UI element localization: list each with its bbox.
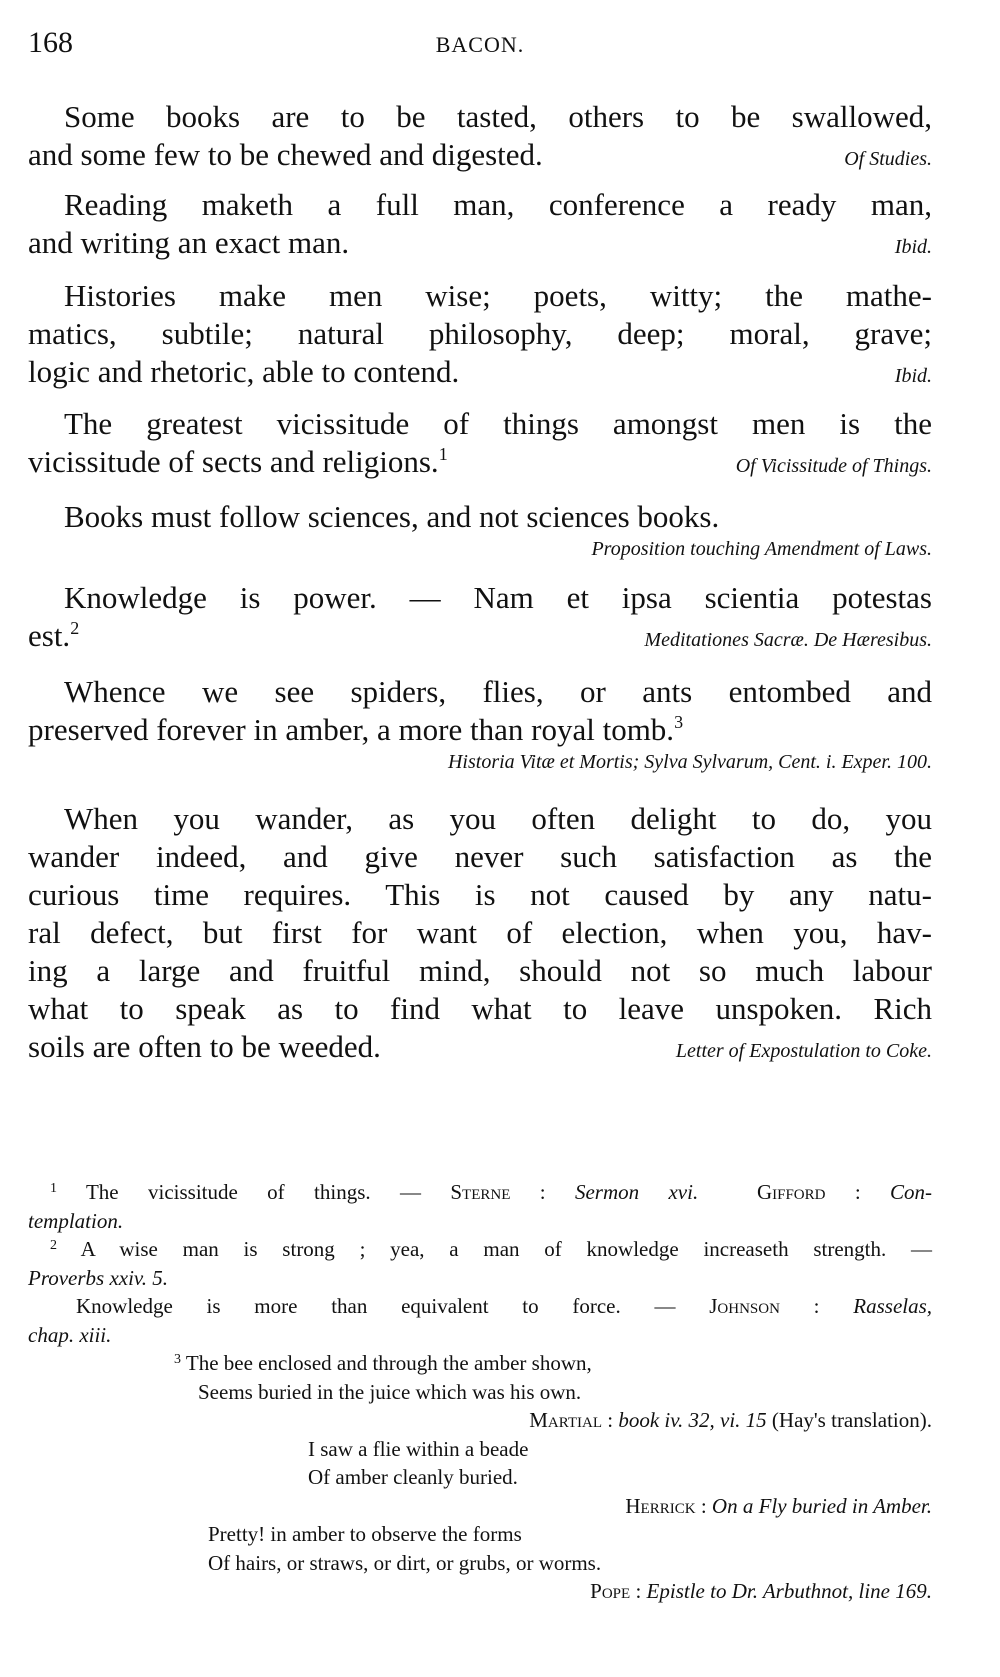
verse-line: Seems buried in the juice which was his … bbox=[28, 1378, 932, 1407]
author-name: Herrick bbox=[625, 1494, 695, 1518]
footnote-marker: 3 bbox=[174, 1352, 181, 1367]
work-title: Epistle to Dr. Arbuthnot, line 169. bbox=[647, 1579, 932, 1603]
quote-line: Books must follow sciences, and not scie… bbox=[28, 498, 932, 536]
citation: Of Studies. bbox=[844, 140, 932, 178]
verse-line: Of amber cleanly buried. bbox=[28, 1463, 932, 1492]
verse-attribution: Pope : Epistle to Dr. Arbuthnot, line 16… bbox=[28, 1577, 932, 1606]
quote-line: ing a large and fruitful mind, should no… bbox=[28, 952, 932, 990]
quote-line: matics, subtile; natural philosophy, dee… bbox=[28, 315, 932, 353]
quote-line-text: preserved forever in amber, a more than … bbox=[28, 712, 674, 747]
quote-line: what to speak as to find what to leave u… bbox=[28, 990, 932, 1028]
translation-note: (Hay's translation). bbox=[772, 1408, 932, 1432]
footnote-text: Knowledge is more than equivalent to for… bbox=[76, 1294, 676, 1318]
quote-line: vicissitude of sects and religions.1Of V… bbox=[28, 443, 932, 481]
quote-line-text: and writing an exact man. bbox=[28, 225, 349, 260]
citation: Ibid. bbox=[895, 228, 932, 266]
quote-vicissitude: The greatest vicissitude of things among… bbox=[28, 405, 932, 485]
work-title: book iv. 32, vi. 15 bbox=[618, 1408, 766, 1432]
citation: Historia Vitæ et Mortis; Sylva Sylvarum,… bbox=[28, 749, 932, 775]
citation: Of Vicissitude of Things. bbox=[736, 447, 932, 485]
quote-line: Knowledge is power. — Nam et ipsa scient… bbox=[28, 579, 932, 617]
author-name: Sterne bbox=[450, 1180, 510, 1204]
quote-line: and some few to be chewed and digested.O… bbox=[28, 136, 932, 174]
footnote-1-cont: templation. bbox=[28, 1207, 932, 1236]
work-title: Sermon xvi. bbox=[575, 1180, 698, 1204]
quote-line-text: vicissitude of sects and religions. bbox=[28, 444, 439, 479]
quote-line-text: est. bbox=[28, 618, 70, 653]
citation: Meditationes Sacræ. De Hæresibus. bbox=[644, 621, 932, 659]
verse-attribution: Herrick : On a Fly buried in Amber. bbox=[28, 1492, 932, 1521]
footnote-marker: 1 bbox=[50, 1181, 57, 1196]
footnotes: 1 The vicissitude of things. — Sterne : … bbox=[28, 1178, 932, 1606]
footnote-1: 1 The vicissitude of things. — Sterne : … bbox=[28, 1178, 932, 1207]
quote-reading: Reading maketh a full man, conference a … bbox=[28, 186, 932, 266]
footnote-2: 2 A wise man is strong ; yea, a man of k… bbox=[28, 1235, 932, 1264]
author-name: Johnson bbox=[709, 1294, 780, 1318]
footnote-ref[interactable]: 1 bbox=[439, 444, 448, 464]
quote-amber: Whence we see spiders, flies, or ants en… bbox=[28, 673, 932, 775]
quote-line: Some books are to be tasted, others to b… bbox=[28, 98, 932, 136]
footnote-text: A wise man is strong ; yea, a man of kno… bbox=[81, 1237, 932, 1261]
quote-line-text: soils are often to be weeded. bbox=[28, 1029, 381, 1064]
work-title: On a Fly buried in Amber. bbox=[712, 1494, 932, 1518]
quote-line: ral defect, but first for want of electi… bbox=[28, 914, 932, 952]
quote-line: Whence we see spiders, flies, or ants en… bbox=[28, 673, 932, 711]
quote-line: Histories make men wise; poets, witty; t… bbox=[28, 277, 932, 315]
footnote-text: The vicissitude of things. — bbox=[86, 1180, 421, 1204]
citation: Letter of Expostulation to Coke. bbox=[676, 1032, 932, 1070]
author-name: Gifford bbox=[757, 1180, 826, 1204]
verse-line: Of hairs, or straws, or dirt, or grubs, … bbox=[28, 1549, 932, 1578]
quote-line: curious time requires. This is not cause… bbox=[28, 876, 932, 914]
footnote-3-verse: 3 The bee enclosed and through the amber… bbox=[28, 1349, 932, 1378]
page-header: 168 BACON. bbox=[28, 26, 932, 66]
citation: Ibid. bbox=[895, 357, 932, 395]
quote-line-text: and some few to be chewed and digested. bbox=[28, 137, 543, 172]
quote-letter-coke: When you wander, as you often delight to… bbox=[28, 800, 932, 1070]
verse-line: Pretty! in amber to observe the forms bbox=[28, 1520, 932, 1549]
footnote-2-source: Proverbs xxiv. 5. bbox=[28, 1264, 932, 1293]
quote-line: soils are often to be weeded.Letter of E… bbox=[28, 1028, 932, 1066]
citation: Proposition touching Amendment of Laws. bbox=[28, 536, 932, 562]
work-title: Con- bbox=[890, 1180, 932, 1204]
verse-attribution: Martial : book iv. 32, vi. 15 (Hay's tra… bbox=[28, 1406, 932, 1435]
footnote-ref[interactable]: 3 bbox=[674, 712, 683, 732]
quote-line: and writing an exact man.Ibid. bbox=[28, 224, 932, 262]
quote-histories: Histories make men wise; poets, witty; t… bbox=[28, 277, 932, 395]
footnote-marker: 2 bbox=[50, 1238, 57, 1253]
quote-line: logic and rhetoric, able to contend.Ibid… bbox=[28, 353, 932, 391]
footnote-ref[interactable]: 2 bbox=[70, 618, 79, 638]
quote-line: Reading maketh a full man, conference a … bbox=[28, 186, 932, 224]
footnote-2b-cont: chap. xiii. bbox=[28, 1321, 932, 1350]
quote-line: wander indeed, and give never such satis… bbox=[28, 838, 932, 876]
verse-line: I saw a flie within a beade bbox=[28, 1435, 932, 1464]
author-name: Pope bbox=[590, 1579, 630, 1603]
author-name: Martial bbox=[529, 1408, 602, 1432]
work-title: Rasselas, bbox=[853, 1294, 932, 1318]
quote-line-text: logic and rhetoric, able to contend. bbox=[28, 354, 459, 389]
footnote-2b: Knowledge is more than equivalent to for… bbox=[28, 1292, 932, 1321]
quote-line: The greatest vicissitude of things among… bbox=[28, 405, 932, 443]
verse-line: The bee enclosed and through the amber s… bbox=[186, 1351, 592, 1375]
quote-line: preserved forever in amber, a more than … bbox=[28, 711, 932, 749]
running-head: BACON. bbox=[28, 32, 932, 58]
quote-line: est.2Meditationes Sacræ. De Hæresibus. bbox=[28, 617, 932, 655]
quote-knowledge-power: Knowledge is power. — Nam et ipsa scient… bbox=[28, 579, 932, 659]
quote-line: When you wander, as you often delight to… bbox=[28, 800, 932, 838]
quote-books-sciences: Books must follow sciences, and not scie… bbox=[28, 498, 932, 562]
quote-of-studies: Some books are to be tasted, others to b… bbox=[28, 98, 932, 178]
